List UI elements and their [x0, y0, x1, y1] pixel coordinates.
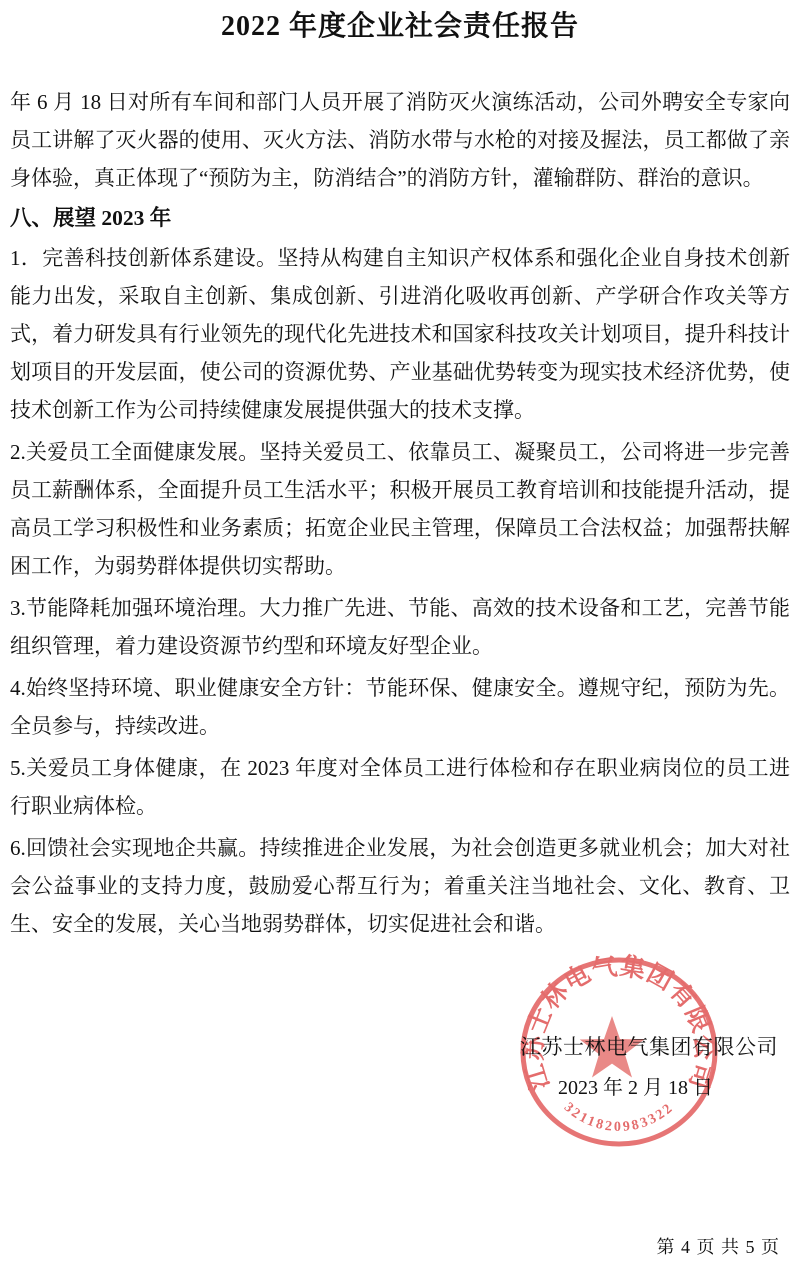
- seal-number-textpath: 3211820983322: [561, 1100, 677, 1135]
- seal-number-text: 3211820983322: [561, 1100, 677, 1135]
- outlook-item-6: 6.回馈社会实现地企共赢。持续推进企业发展，为社会创造更多就业机会；加大对社会公…: [10, 829, 790, 943]
- outlook-item-1: 1．完善科技创新体系建设。坚持从构建自主知识产权体系和强化企业自身技术创新能力出…: [10, 239, 790, 429]
- signature-date: 2023 年 2 月 18 日: [558, 1071, 713, 1100]
- signature-company-name: 江苏士林电气集团有限公司: [520, 1031, 778, 1061]
- report-body: 年 6 月 18 日对所有车间和部门人员开展了消防灭火演练活动，公司外聘安全专家…: [10, 83, 790, 943]
- outlook-item-2: 2.关爱员工全面健康发展。坚持关爱员工、依靠员工、凝聚员工，公司将进一步完善员工…: [10, 433, 790, 585]
- outlook-item-4: 4.始终坚持环境、职业健康安全方针：节能环保、健康安全。遵规守纪，预防为先。全员…: [10, 669, 790, 745]
- outlook-item-3: 3.节能降耗加强环境治理。大力推广先进、节能、高效的技术设备和工艺，完善节能组织…: [10, 589, 790, 665]
- outlook-item-5: 5.关爱员工身体健康，在 2023 年度对全体员工进行体检和存在职业病岗位的员工…: [10, 749, 790, 825]
- section-heading-outlook-2023: 八、展望 2023 年: [10, 199, 790, 237]
- report-page: 2022 年度企业社会责任报告 年 6 月 18 日对所有车间和部门人员开展了消…: [0, 0, 800, 1280]
- intro-paragraph: 年 6 月 18 日对所有车间和部门人员开展了消防灭火演练活动，公司外聘安全专家…: [10, 83, 790, 197]
- page-title: 2022 年度企业社会责任报告: [0, 8, 800, 45]
- page-number-indicator: 第 4 页 共 5 页: [657, 1233, 781, 1259]
